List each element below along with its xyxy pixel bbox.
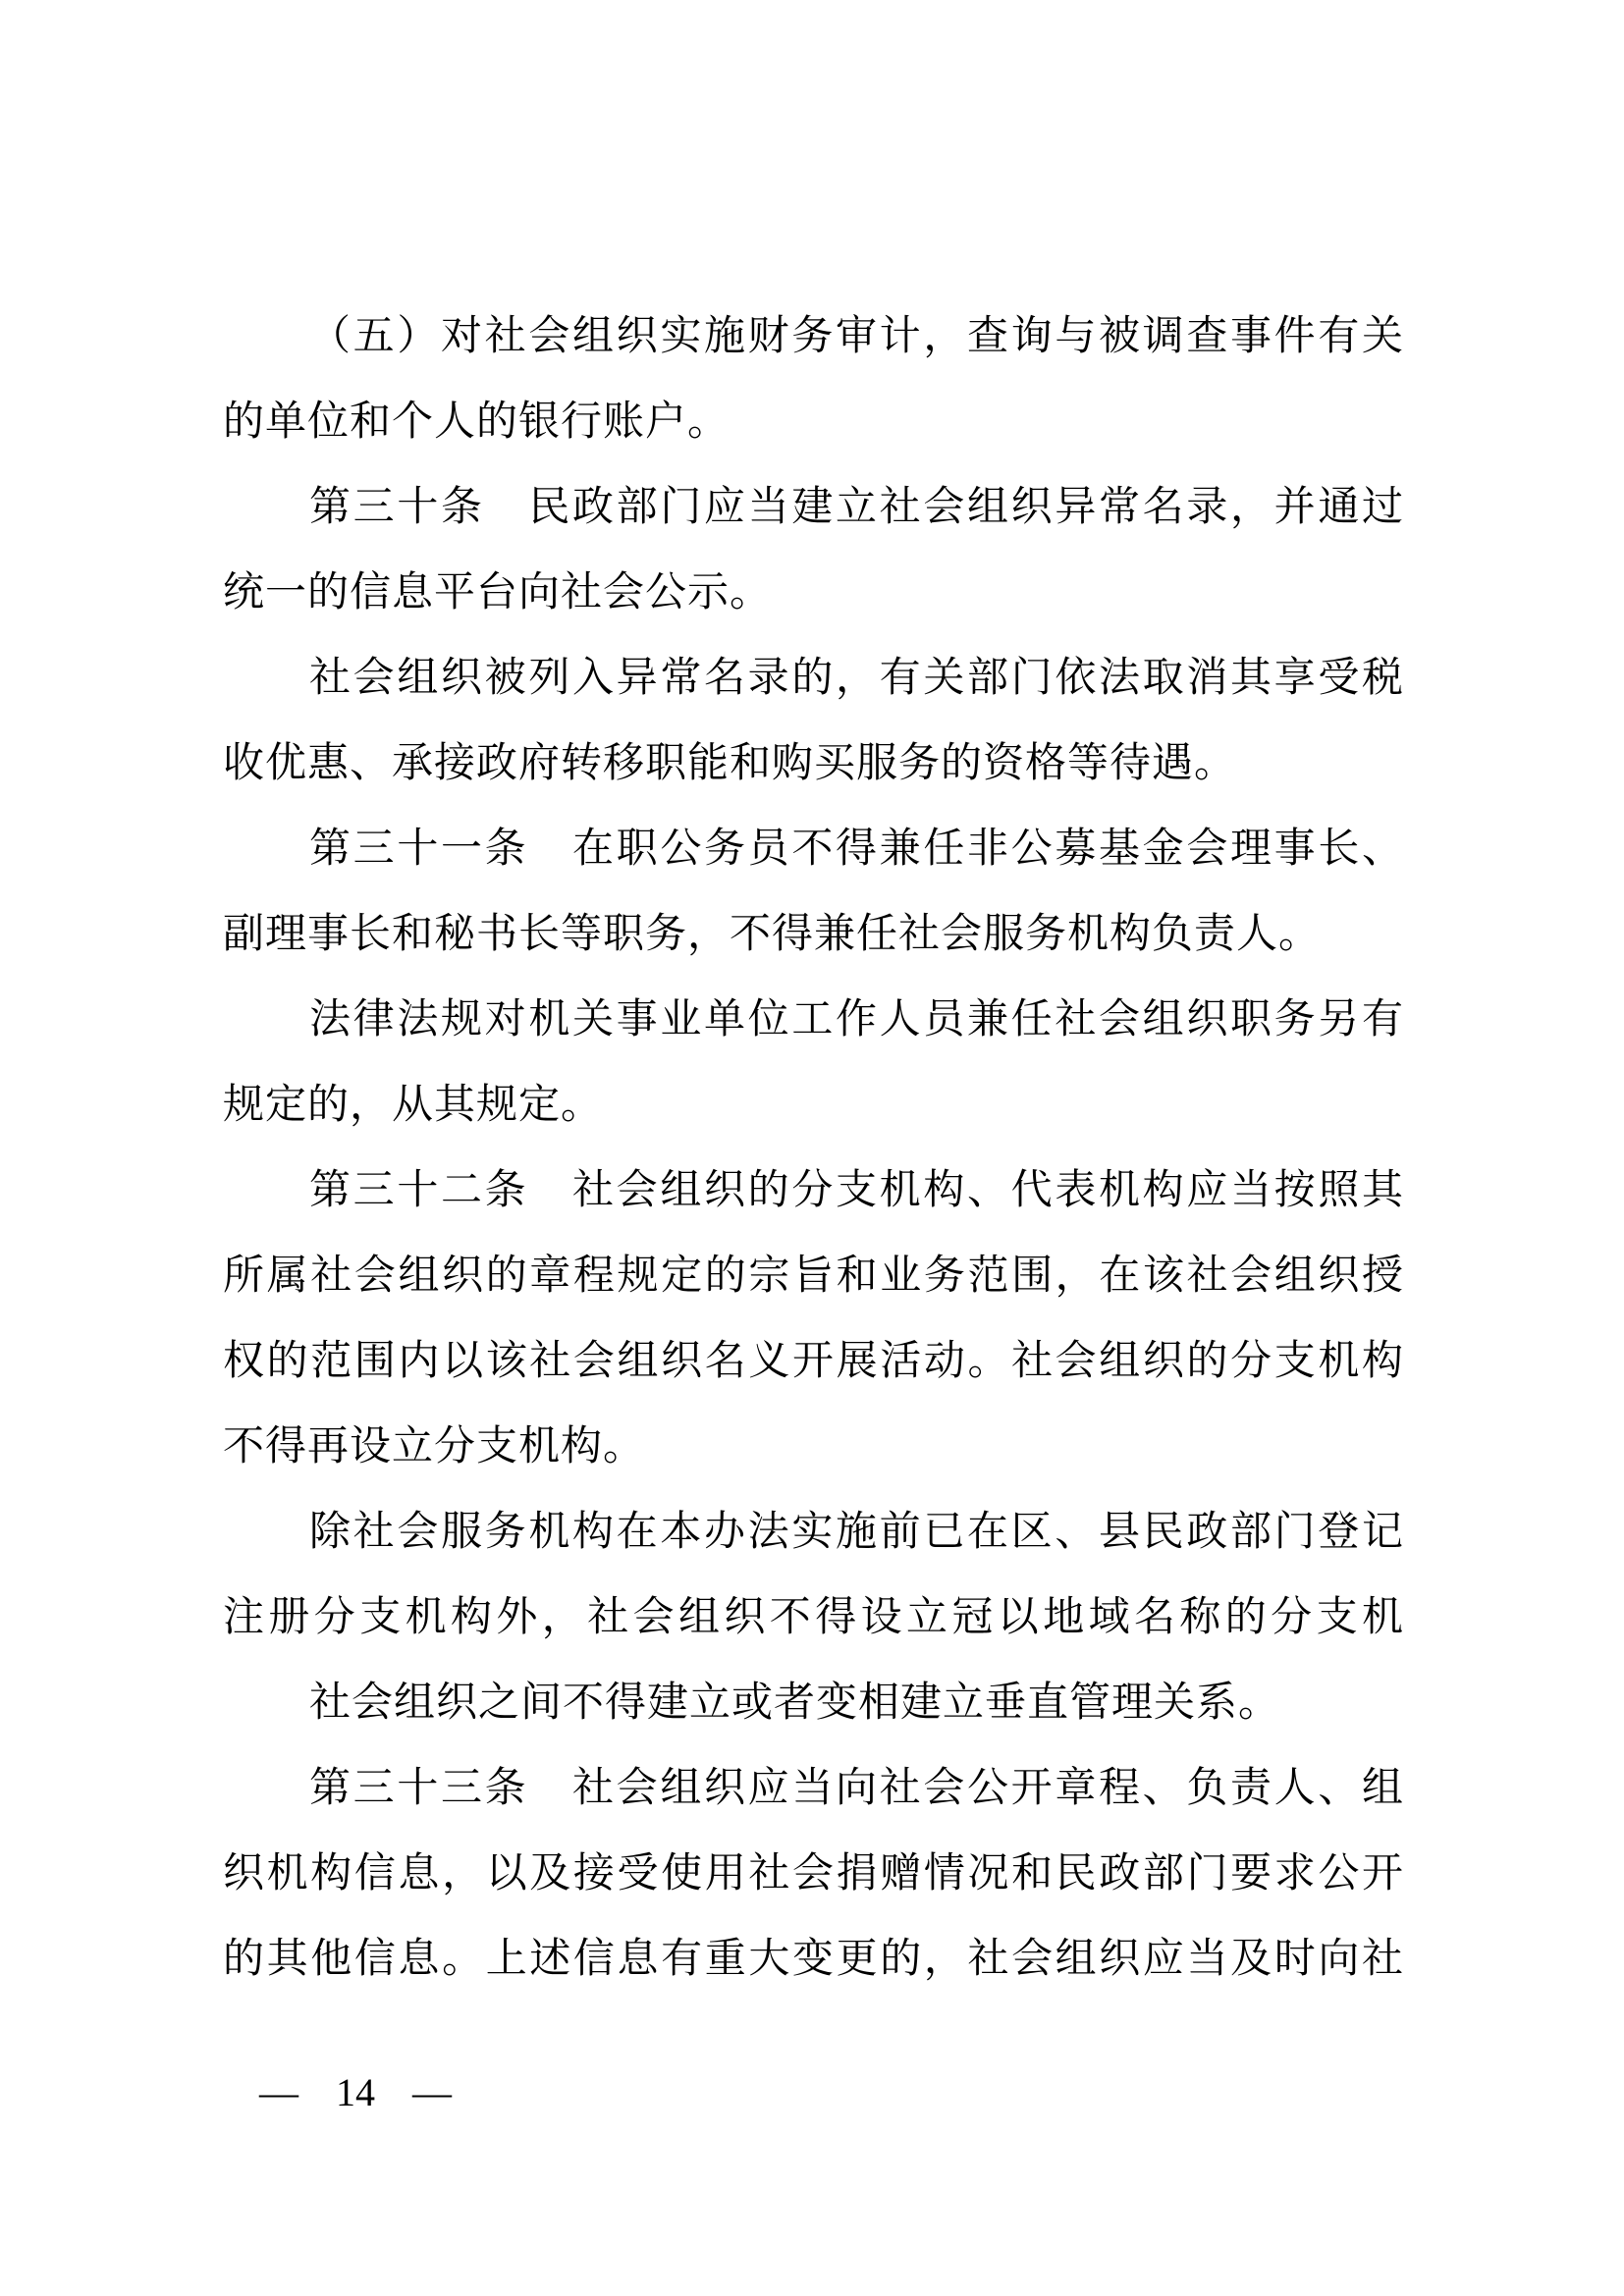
text-line: 的单位和个人的银行账户。 xyxy=(223,380,1404,465)
text-line: 社会组织之间不得建立或者变相建立垂直管理关系。 xyxy=(223,1661,1404,1746)
text-line: 副理事长和秘书长等职务，不得兼任社会服务机构负责人。 xyxy=(223,892,1404,978)
text-line: 法律法规对机关事业单位工作人员兼任社会组织职务另有 xyxy=(223,978,1404,1063)
document-page: （五）对社会组织实施财务审计，查询与被调查事件有关的单位和个人的银行账户。第三十… xyxy=(0,0,1624,2296)
text-line: 织机构信息，以及接受使用社会捐赠情况和民政部门要求公开 xyxy=(223,1832,1404,1917)
text-line: 第三十一条 在职公务员不得兼任非公募基金会理事长、 xyxy=(223,807,1404,892)
text-line: 统一的信息平台向社会公示。 xyxy=(223,551,1404,636)
text-line: 的其他信息。上述信息有重大变更的，社会组织应当及时向社 xyxy=(223,1917,1404,2002)
page-footer: — 14 — xyxy=(259,2069,452,2116)
text-line: 第三十条 民政部门应当建立社会组织异常名录，并通过 xyxy=(223,465,1404,551)
text-line: 注册分支机构外，社会组织不得设立冠以地域名称的分支机构。 xyxy=(223,1575,1404,1661)
text-line: 除社会服务机构在本办法实施前已在区、县民政部门登记 xyxy=(223,1490,1404,1575)
text-line: 不得再设立分支机构。 xyxy=(223,1405,1404,1490)
text-line: （五）对社会组织实施财务审计，查询与被调查事件有关 xyxy=(223,294,1404,380)
text-line: 第三十二条 社会组织的分支机构、代表机构应当按照其 xyxy=(223,1148,1404,1234)
body-text: （五）对社会组织实施财务审计，查询与被调查事件有关的单位和个人的银行账户。第三十… xyxy=(223,294,1404,2002)
text-line: 第三十三条 社会组织应当向社会公开章程、负责人、组 xyxy=(223,1746,1404,1832)
page-number: 14 xyxy=(336,2069,375,2116)
text-line: 规定的，从其规定。 xyxy=(223,1063,1404,1148)
footer-dash-left: — xyxy=(259,2069,298,2116)
text-line: 收优惠、承接政府转移职能和购买服务的资格等待遇。 xyxy=(223,721,1404,807)
text-line: 权的范围内以该社会组织名义开展活动。社会组织的分支机构 xyxy=(223,1319,1404,1405)
text-line: 社会组织被列入异常名录的，有关部门依法取消其享受税 xyxy=(223,636,1404,721)
text-line: 所属社会组织的章程规定的宗旨和业务范围，在该社会组织授 xyxy=(223,1234,1404,1319)
footer-dash-right: — xyxy=(412,2069,452,2116)
